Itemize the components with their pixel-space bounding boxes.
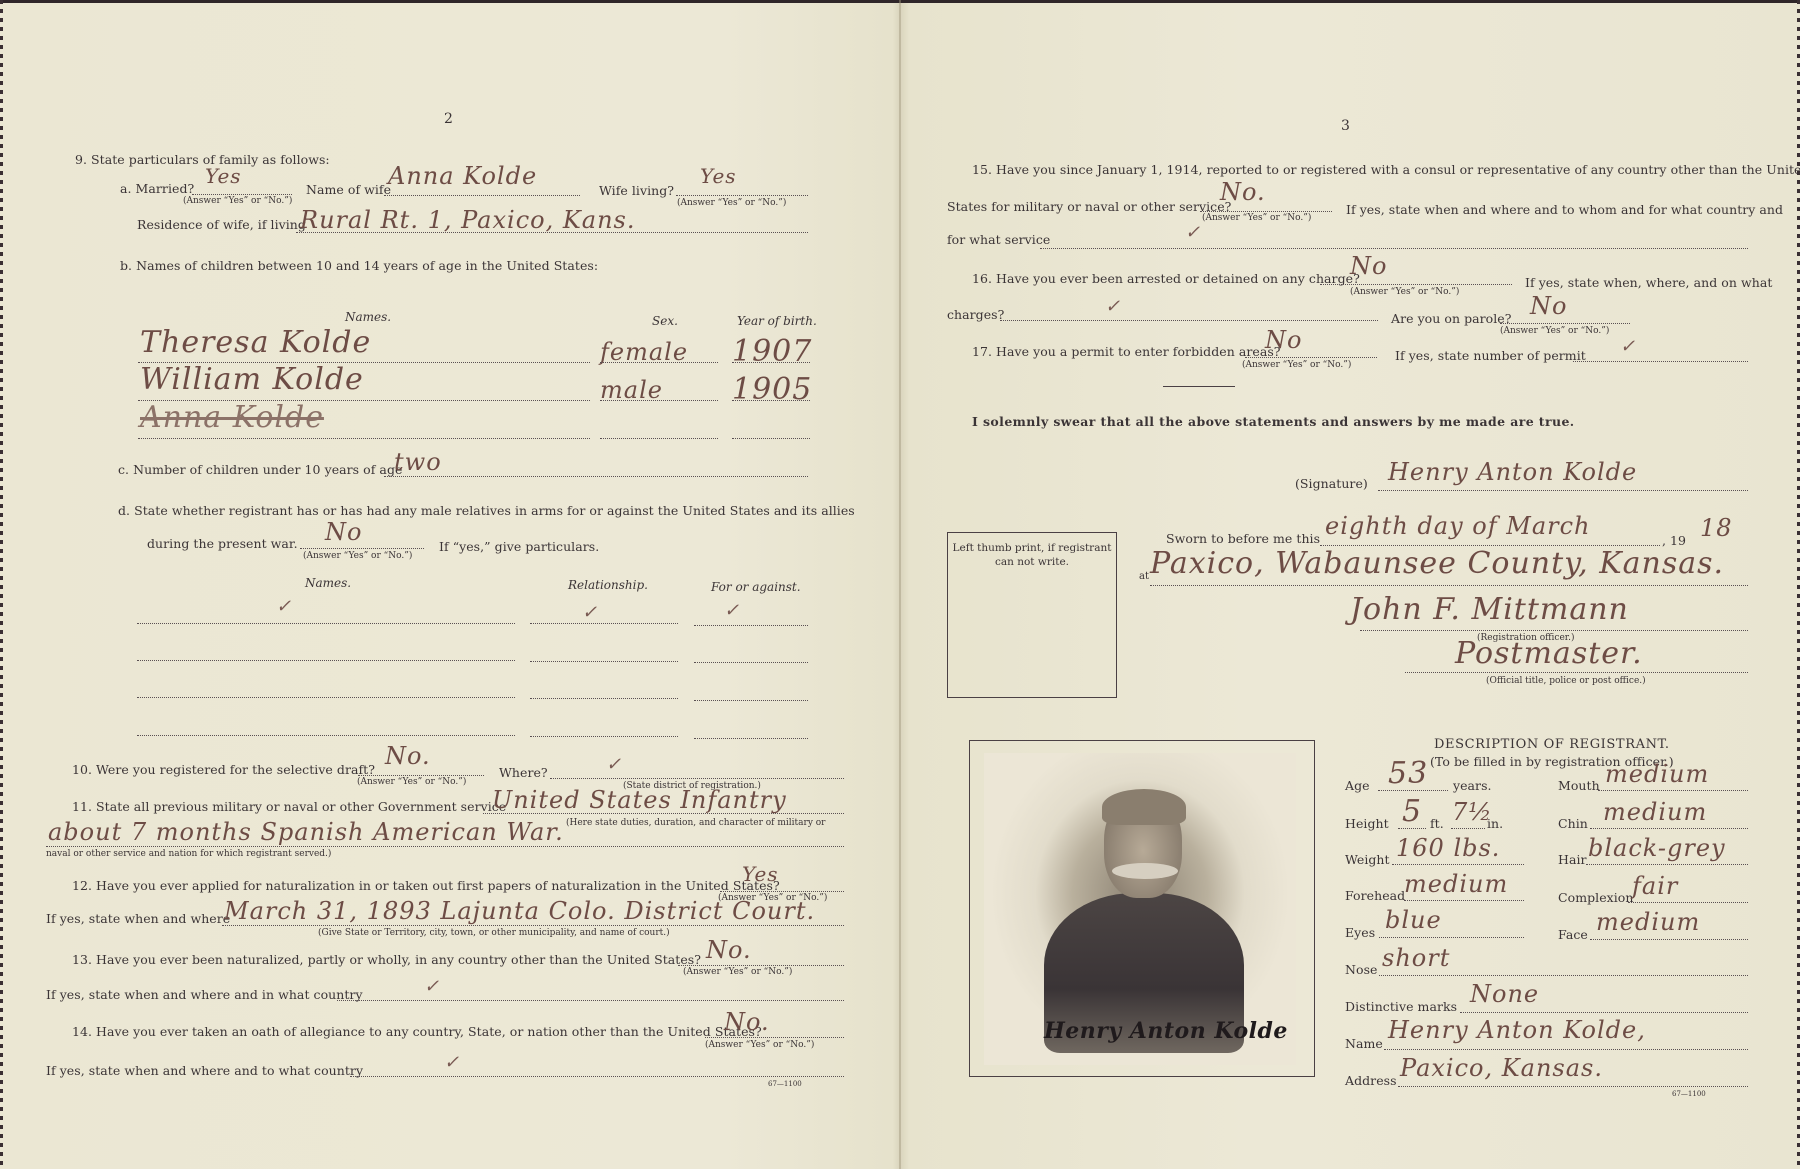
row-line	[137, 623, 515, 624]
mouth-label: Mouth	[1558, 778, 1600, 793]
signature-line	[1378, 490, 1748, 491]
mouth-line	[1598, 790, 1748, 791]
child-name[interactable]: William Kolde	[140, 362, 364, 397]
weight-label: Weight	[1345, 852, 1390, 867]
photo-figure-hair	[1102, 789, 1186, 825]
wife-living-field-line	[676, 195, 808, 196]
q12-value[interactable]: Yes	[742, 862, 779, 886]
weight-line	[1392, 864, 1524, 865]
name-line	[1384, 1049, 1748, 1050]
married-field-line	[192, 194, 292, 195]
row-line	[530, 698, 678, 699]
relatives-if-yes: If “yes,” give particulars.	[439, 539, 599, 554]
face-label: Face	[1558, 927, 1588, 942]
official-title-line	[1405, 672, 1748, 673]
children-col-sex: Sex.	[652, 314, 678, 328]
child-name[interactable]: Theresa Kolde	[140, 325, 371, 360]
sworn-date-value[interactable]: eighth day of March	[1325, 512, 1591, 540]
wife-living-value[interactable]: Yes	[700, 164, 737, 188]
q12-answer-line	[720, 891, 844, 892]
q10-where-label: Where?	[499, 765, 548, 780]
row-line	[694, 738, 808, 739]
q13-label: 13. Have you ever been naturalized, part…	[72, 952, 701, 967]
sworn-year-value[interactable]: 18	[1700, 514, 1733, 542]
thumbprint-box[interactable]: Left thumb print, if registrant can not …	[947, 532, 1117, 698]
q13-answer-line	[678, 965, 844, 966]
wife-name-value[interactable]: Anna Kolde	[388, 162, 537, 190]
q16-answer-hint: (Answer “Yes” or “No.”)	[1350, 287, 1459, 297]
q16-label: 16. Have you ever been arrested or detai…	[972, 271, 1360, 286]
residence-value[interactable]: Rural Rt. 1, Paxico, Kans.	[300, 206, 636, 234]
official-title-hint: (Official title, police or post office.)	[1486, 676, 1646, 686]
nose-value[interactable]: short	[1382, 944, 1450, 972]
q14-if-yes-line	[350, 1076, 844, 1077]
row-line	[530, 623, 678, 624]
perforated-edge-left	[0, 0, 3, 1169]
married-answer-hint: (Answer “Yes” or “No.”)	[183, 196, 292, 206]
q12-label: 12. Have you ever applied for naturaliza…	[72, 878, 780, 893]
official-title-value[interactable]: Postmaster.	[1455, 636, 1643, 671]
chin-line	[1590, 828, 1748, 829]
relatives-col-for-against: For or against.	[711, 580, 801, 594]
q11-hint2: naval or other service and nation for wh…	[46, 849, 331, 859]
checkmark-icon: ✓	[444, 1052, 459, 1073]
q10-value[interactable]: No.	[385, 742, 431, 770]
photo-signature: Henry Anton Kolde	[1044, 1018, 1288, 1044]
page-number: 2	[444, 111, 453, 127]
children-under-10-line	[384, 476, 808, 477]
sworn-at-value[interactable]: Paxico, Wabaunsee County, Kansas.	[1150, 546, 1724, 581]
q15-answer-line	[1200, 211, 1332, 212]
q17-permit-label: If yes, state number of permit	[1395, 348, 1586, 363]
row-line	[600, 438, 718, 439]
eyes-label: Eyes	[1345, 925, 1375, 940]
q17-permit-line	[1573, 361, 1748, 362]
relatives-label-cont: during the present war.	[147, 536, 298, 551]
child-year[interactable]: 1907	[732, 334, 812, 369]
wife-living-answer-hint: (Answer “Yes” or “No.”)	[677, 198, 786, 208]
q16-answer-line	[1320, 284, 1512, 285]
row-line	[732, 438, 810, 439]
q16-parole-value[interactable]: No	[1530, 292, 1567, 320]
q11-label: 11. State all previous military or naval…	[72, 799, 506, 814]
row-line	[137, 660, 515, 661]
row-line	[530, 661, 678, 662]
row-line	[732, 400, 810, 401]
row-line	[694, 625, 808, 626]
row-line	[600, 362, 718, 363]
eyes-value[interactable]: blue	[1385, 906, 1442, 934]
face-line	[1590, 939, 1748, 940]
registrant-photo-frame: Henry Anton Kolde	[969, 740, 1315, 1077]
q10-where-line	[550, 778, 844, 779]
q14-if-yes-label: If yes, state when and where and to what…	[46, 1063, 363, 1078]
height-ft-unit: ft.	[1430, 816, 1444, 831]
checkmark-icon: ✓	[606, 754, 621, 775]
address-label: Address	[1345, 1073, 1397, 1088]
signature-value[interactable]: Henry Anton Kolde	[1388, 458, 1637, 486]
q16-if-yes: If yes, state when, where, and on what	[1525, 275, 1772, 290]
q15-if-yes: If yes, state when and where and to whom…	[1346, 202, 1783, 217]
face-value[interactable]: medium	[1596, 908, 1700, 936]
chin-value[interactable]: medium	[1603, 798, 1707, 826]
checkmark-icon: ✓	[1185, 222, 1200, 243]
hair-label: Hair	[1558, 852, 1587, 867]
q9-heading: 9. State particulars of family as follow…	[75, 152, 330, 167]
marks-label: Distinctive marks	[1345, 999, 1457, 1014]
officer-value[interactable]: John F. Mittmann	[1350, 592, 1629, 627]
oath-statement: I solemnly swear that all the above stat…	[972, 414, 1575, 429]
document-spread: 2 9. State particulars of family as foll…	[0, 0, 1800, 1169]
q10-answer-line	[358, 775, 484, 776]
hair-line	[1586, 864, 1748, 865]
q16-parole-line	[1500, 323, 1630, 324]
q17-answer-hint: (Answer “Yes” or “No.”)	[1242, 360, 1351, 370]
q13-value[interactable]: No.	[706, 936, 752, 964]
mouth-value[interactable]: medium	[1605, 760, 1709, 788]
height-ft-value[interactable]: 5	[1402, 794, 1422, 829]
q17-value[interactable]: No	[1265, 326, 1302, 354]
eyes-line	[1379, 937, 1524, 938]
row-line	[694, 700, 808, 701]
relatives-col-names: Names.	[305, 576, 351, 590]
children-col-year: Year of birth.	[737, 314, 817, 328]
q17-answer-line	[1245, 357, 1377, 358]
checkmark-icon: ✓	[582, 602, 597, 623]
sworn-at-line	[1150, 585, 1748, 586]
q10-answer-hint: (Answer “Yes” or “No.”)	[357, 777, 466, 787]
complexion-line	[1628, 902, 1748, 903]
marks-value[interactable]: None	[1470, 980, 1539, 1008]
row-line	[694, 662, 808, 663]
q14-answer-hint: (Answer “Yes” or “No.”)	[705, 1040, 814, 1050]
children-label: b. Names of children between 10 and 14 y…	[120, 258, 598, 273]
center-fold	[899, 0, 901, 1169]
child-year[interactable]: 1905	[732, 372, 812, 407]
forehead-line	[1404, 900, 1524, 901]
q14-answer-line	[705, 1037, 844, 1038]
q11-value-line1[interactable]: United States Infantry	[492, 786, 787, 814]
relatives-label: d. State whether registrant has or has h…	[118, 503, 855, 518]
q13-if-yes-label: If yes, state when and where and in what…	[46, 987, 363, 1002]
wife-living-label: Wife living?	[599, 183, 674, 198]
forehead-label: Forehead	[1345, 888, 1405, 903]
q16-parole-label: Are you on parole?	[1391, 311, 1512, 326]
q15-value[interactable]: No.	[1220, 178, 1266, 206]
q16-charges-label: charges?	[947, 307, 1004, 322]
nose-label: Nose	[1345, 962, 1377, 977]
wife-name-field-line	[384, 195, 580, 196]
relatives-answer-line	[300, 548, 424, 549]
checkmark-icon: ✓	[1105, 296, 1120, 317]
children-under-10-value[interactable]: two	[394, 448, 442, 476]
age-value[interactable]: 53	[1388, 756, 1428, 791]
q13-answer-hint: (Answer “Yes” or “No.”)	[683, 967, 792, 977]
q14-value[interactable]: No.	[724, 1008, 770, 1036]
row-line	[732, 362, 810, 363]
q16-parole-hint: (Answer “Yes” or “No.”)	[1500, 326, 1609, 336]
address-value[interactable]: Paxico, Kansas.	[1400, 1054, 1603, 1082]
checkmark-icon: ✓	[1620, 336, 1635, 357]
height-in-unit: in.	[1487, 816, 1503, 831]
name-label: Name	[1345, 1036, 1383, 1051]
q14-label: 14. Have you ever taken an oath of alleg…	[72, 1024, 762, 1039]
q15-label: 15. Have you since January 1, 1914, repo…	[972, 162, 1800, 177]
section-divider	[1163, 386, 1235, 387]
child-name-struck[interactable]: Anna Kolde	[140, 400, 324, 435]
photo-figure-mustache	[1112, 863, 1178, 879]
address-line	[1398, 1086, 1748, 1087]
row-line	[600, 400, 718, 401]
relatives-col-relationship: Relationship.	[568, 578, 648, 592]
q15-answer-hint: (Answer “Yes” or “No.”)	[1202, 213, 1311, 223]
q11-hint1: (Here state duties, duration, and charac…	[566, 818, 826, 828]
chin-label: Chin	[1558, 816, 1588, 831]
q10-label: 10. Were you registered for the selectiv…	[72, 762, 375, 777]
height-label: Height	[1345, 816, 1389, 831]
height-in-line	[1451, 828, 1485, 829]
q12-if-yes-hint: (Give State or Territory, city, town, or…	[318, 928, 670, 938]
forehead-value[interactable]: medium	[1404, 870, 1508, 898]
q15-for-what-label: for what service	[947, 232, 1050, 247]
q11-line2	[46, 846, 844, 847]
signature-label: (Signature)	[1295, 476, 1368, 491]
children-under-10-label: c. Number of children under 10 years of …	[118, 462, 402, 477]
description-title: DESCRIPTION OF REGISTRANT.	[1434, 737, 1670, 752]
weight-value[interactable]: 160 lbs.	[1396, 834, 1500, 862]
residence-label: Residence of wife, if living	[137, 217, 306, 232]
q12-if-yes-line	[222, 925, 844, 926]
checkmark-icon: ✓	[424, 976, 439, 997]
checkmark-icon: ✓	[724, 600, 739, 621]
age-unit: years.	[1453, 778, 1492, 793]
relatives-value[interactable]: No	[325, 518, 362, 546]
row-line	[138, 438, 590, 439]
complexion-label: Complexion	[1558, 890, 1633, 905]
sworn-at-label: at	[1139, 571, 1149, 582]
married-value[interactable]: Yes	[205, 164, 242, 188]
q13-if-yes-line	[337, 1000, 844, 1001]
q12-if-yes-value[interactable]: March 31, 1893 Lajunta Colo. District Co…	[224, 897, 815, 925]
page-number: 3	[1341, 118, 1350, 134]
q15-for-what-line	[1040, 248, 1748, 249]
row-line	[137, 697, 515, 698]
relatives-answer-hint: (Answer “Yes” or “No.”)	[303, 551, 412, 561]
q12-if-yes-label: If yes, state when and where	[46, 911, 230, 926]
row-line	[137, 735, 515, 736]
checkmark-icon: ✓	[276, 596, 291, 617]
wife-name-label: Name of wife	[306, 182, 391, 197]
sworn-label: Sworn to before me this	[1166, 531, 1320, 546]
married-label: a. Married?	[120, 181, 194, 196]
age-label: Age	[1345, 778, 1370, 793]
form-number: 67—1100	[1672, 1090, 1706, 1098]
row-line	[530, 736, 678, 737]
nose-line	[1379, 975, 1748, 976]
complexion-value[interactable]: fair	[1632, 872, 1678, 900]
q16-value[interactable]: No	[1350, 252, 1387, 280]
marks-line	[1460, 1012, 1748, 1013]
thumbprint-label: Left thumb print, if registrant can not …	[948, 541, 1116, 569]
form-number: 67—1100	[768, 1080, 802, 1088]
hair-value[interactable]: black-grey	[1588, 834, 1726, 862]
officer-line	[1360, 630, 1748, 631]
registrant-photo: Henry Anton Kolde	[984, 753, 1296, 1065]
q11-value-line2[interactable]: about 7 months Spanish American War.	[48, 818, 564, 846]
q16-charges-line	[1000, 320, 1378, 321]
children-col-names: Names.	[345, 310, 391, 324]
q15-label-cont: States for military or naval or other se…	[947, 199, 1231, 214]
name-value[interactable]: Henry Anton Kolde,	[1388, 1016, 1646, 1044]
q17-label: 17. Have you a permit to enter forbidden…	[972, 344, 1281, 359]
